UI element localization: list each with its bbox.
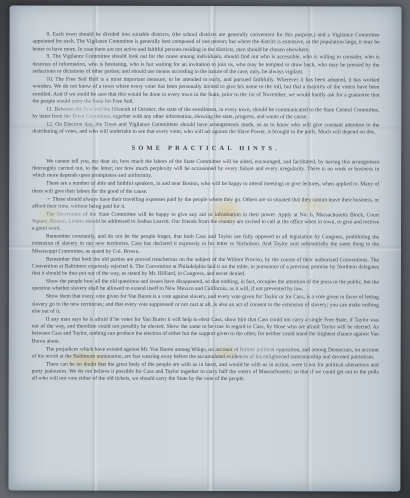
paragraph: The Secretaries of the State Committee w… [32,211,379,234]
paragraph: ☞ These should always have their travell… [32,196,379,212]
paragraph: 11. Between the first and the fifteenth … [32,106,379,122]
paragraph: We cannot tell you, my dear sir, how muc… [32,158,379,181]
paragraph: There can be no doubt that the great bod… [32,361,379,384]
paragraph: 10. The Free Soil Roll is a most importa… [32,77,379,107]
numbered-paragraphs: 8. Each town should be divided into suit… [32,32,379,137]
paragraph: Remember that both the old parties are p… [32,256,379,279]
hints-heading: SOME PRACTICAL HINTS. [32,144,379,152]
hints-paragraphs: We cannot tell you, my dear sir, how muc… [32,158,380,384]
scan-background: 8. Each town should be divided into suit… [0,0,410,498]
paragraph: There are a number of able and faithful … [32,181,379,197]
paragraph: Show them that every vote given for Van … [32,294,379,317]
paragraph: 12. On Election day, the Town and Vigila… [32,121,379,137]
document-text: 8. Each town should be divided into suit… [32,32,380,385]
paragraph: Remember constantly, and do not let the … [32,234,379,257]
paragraph: 8. Each town should be divided into suit… [33,32,380,55]
paragraph: 9. The Vigilance Committee should look o… [32,54,379,77]
paper-sheet: 8. Each town should be divided into suit… [8,5,401,491]
paragraph: If any man says he is afraid if he votes… [32,316,379,346]
paragraph: Show the people how all the old question… [32,279,379,295]
paragraph: The prejudices which have existed agains… [32,346,379,362]
